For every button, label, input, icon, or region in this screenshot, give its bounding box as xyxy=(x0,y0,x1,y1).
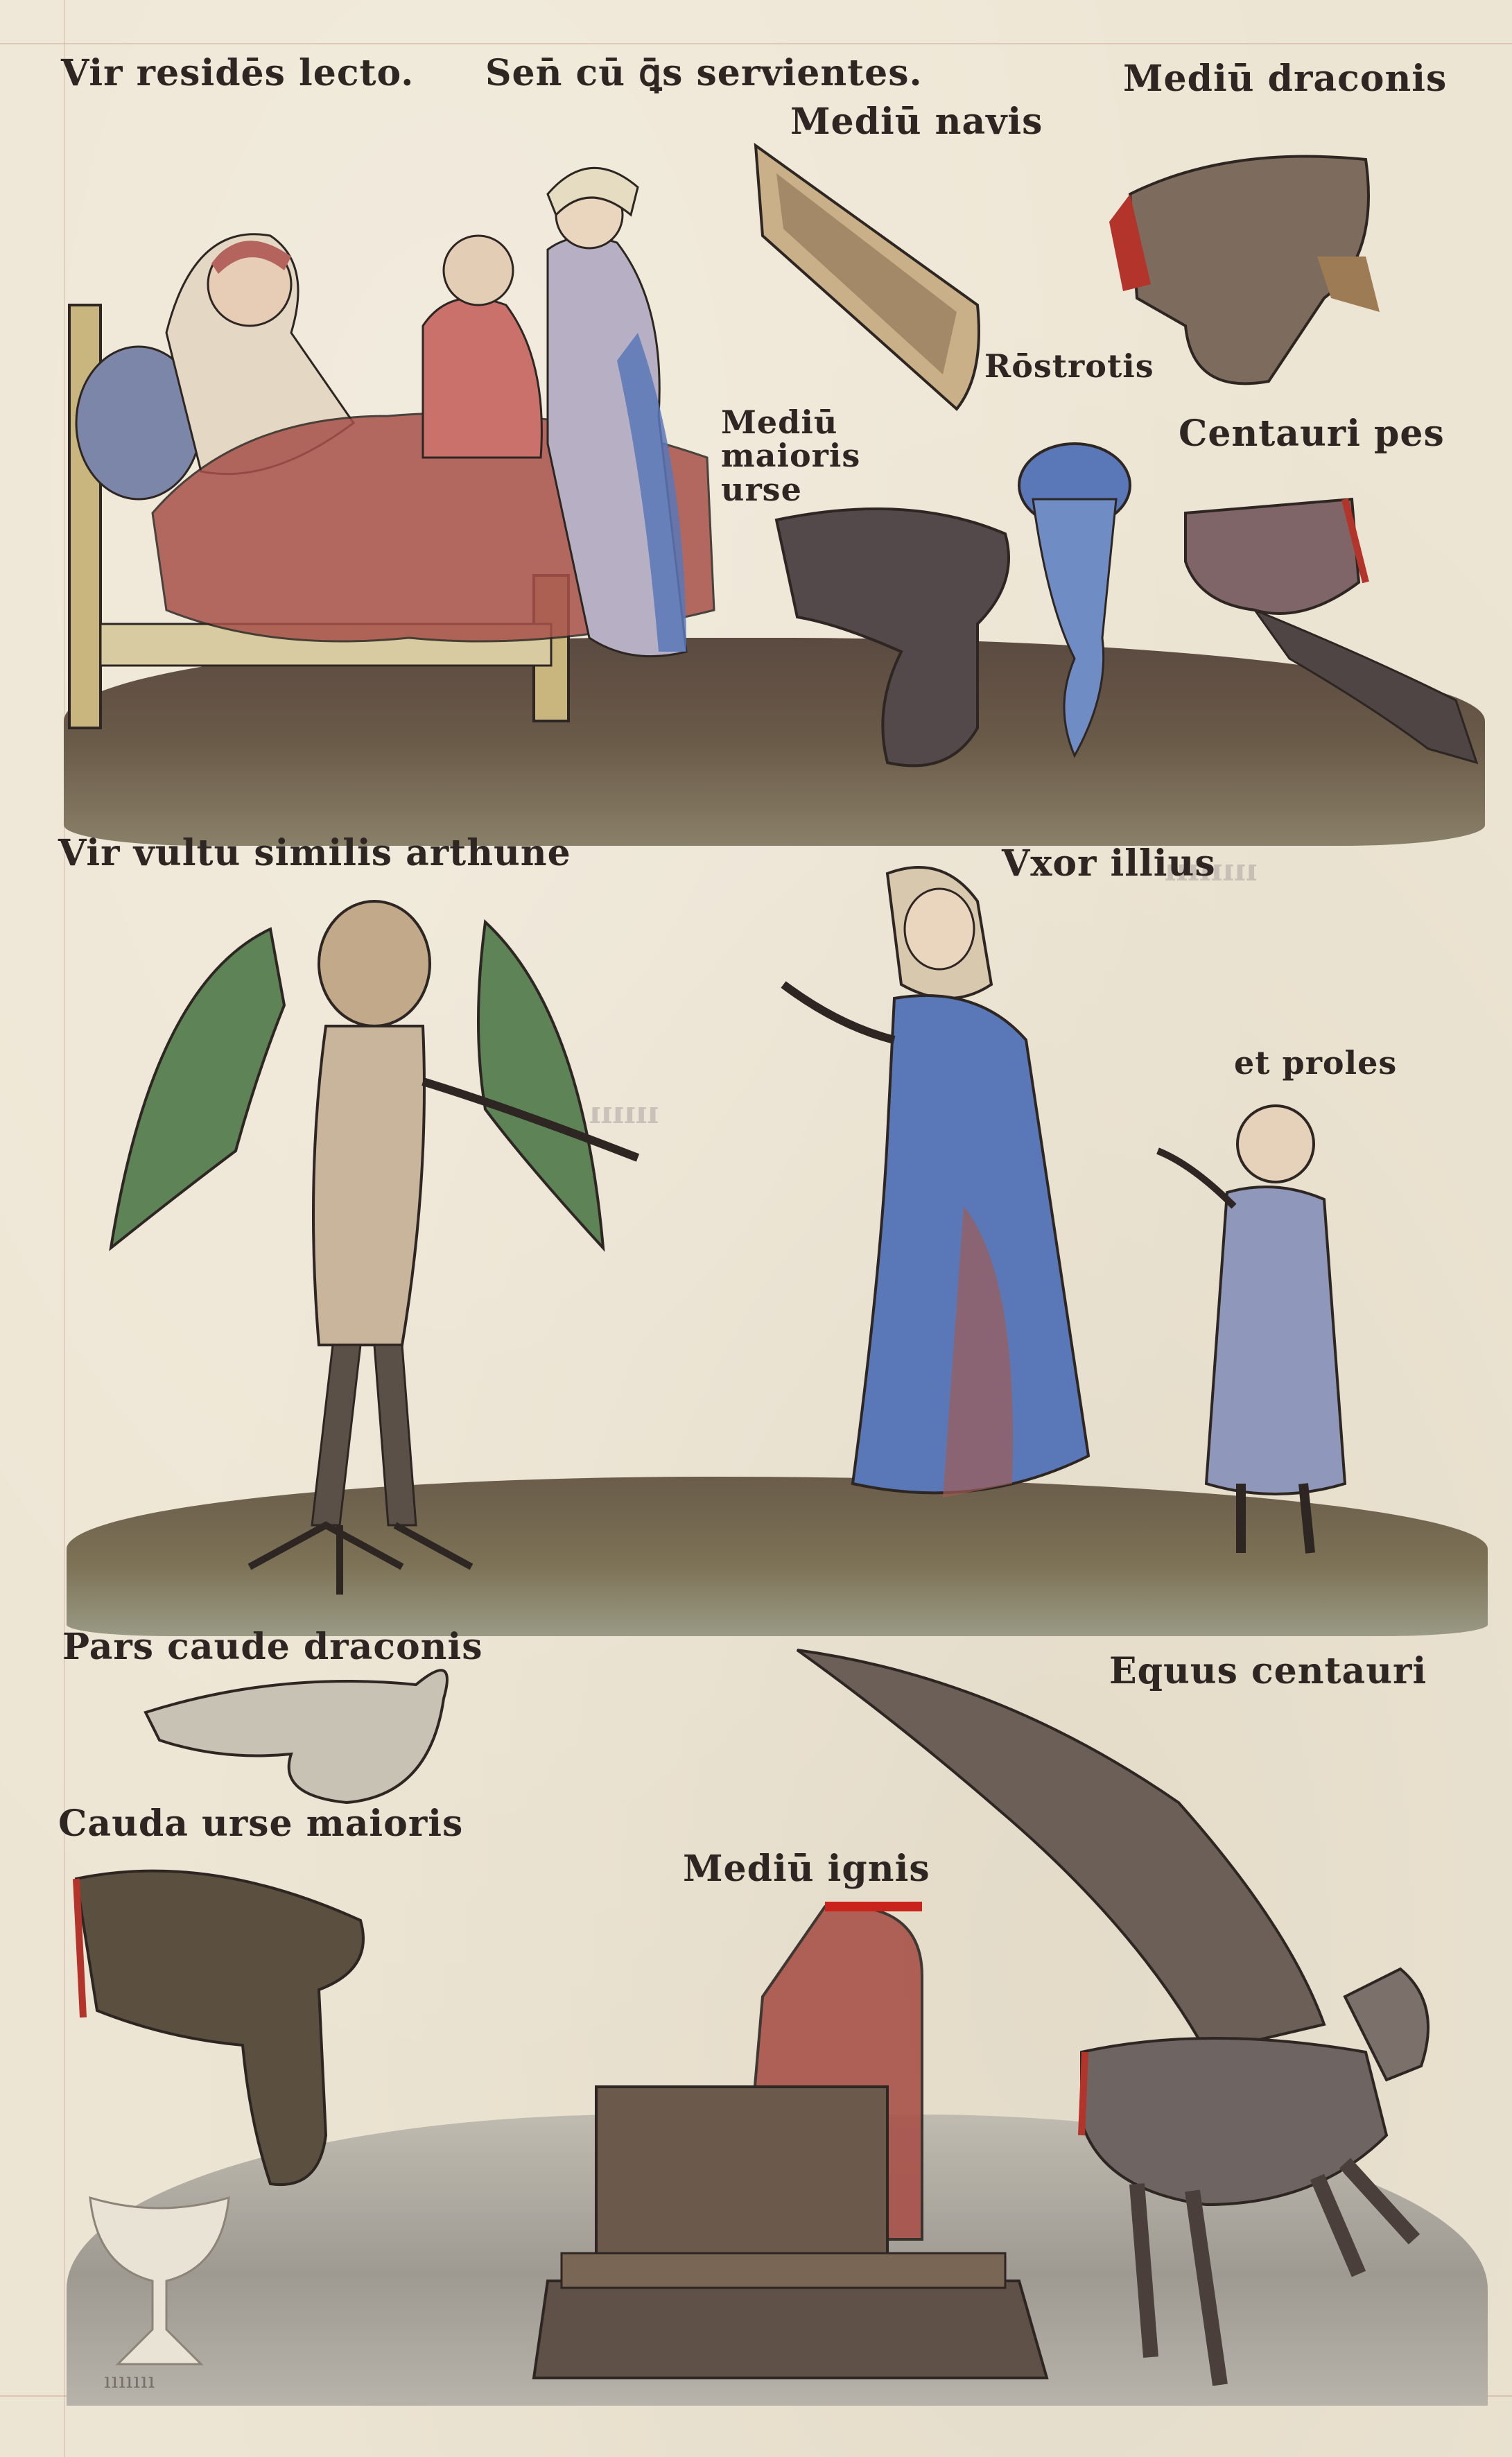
dragon-tail-illustration xyxy=(139,1657,471,1823)
bed-scene-illustration xyxy=(62,125,790,749)
chalice-illustration xyxy=(83,2191,236,2371)
winged-horse-illustration xyxy=(790,1636,1484,2433)
folio-mark: ııııııı xyxy=(104,2371,155,2392)
wife-illustration xyxy=(770,860,1116,1553)
caption-et-proles: et proles xyxy=(1234,1047,1397,1079)
caption-medium-draconis: Mediū draconis xyxy=(1123,61,1447,97)
caption-senex-servientes: Sen̄ cū ꝗ̄s servientes. xyxy=(485,55,923,92)
ship-fragment-illustration xyxy=(749,139,998,416)
child-illustration xyxy=(1137,1095,1366,1581)
caption-centauri-pes: Centauri pes xyxy=(1179,416,1445,452)
caption-medium-navis: Mediū navis xyxy=(790,104,1043,140)
bird-man-illustration xyxy=(97,901,693,1629)
manuscript-page: ıııııııı ıııııı ıııııııııııı Vir residēs… xyxy=(0,0,1512,2457)
dragon-body-illustration xyxy=(1088,118,1421,395)
centaur-hindquarters-illustration xyxy=(1165,485,1491,790)
blue-rostrum-illustration xyxy=(1005,430,1144,763)
bear-tail-illustration xyxy=(69,1858,430,2205)
ruling-line xyxy=(0,43,1512,44)
caption-vir-residens: Vir residēs lecto. xyxy=(61,55,414,92)
caption-vir-vultu: Vir vultu similis arthune xyxy=(58,835,571,871)
